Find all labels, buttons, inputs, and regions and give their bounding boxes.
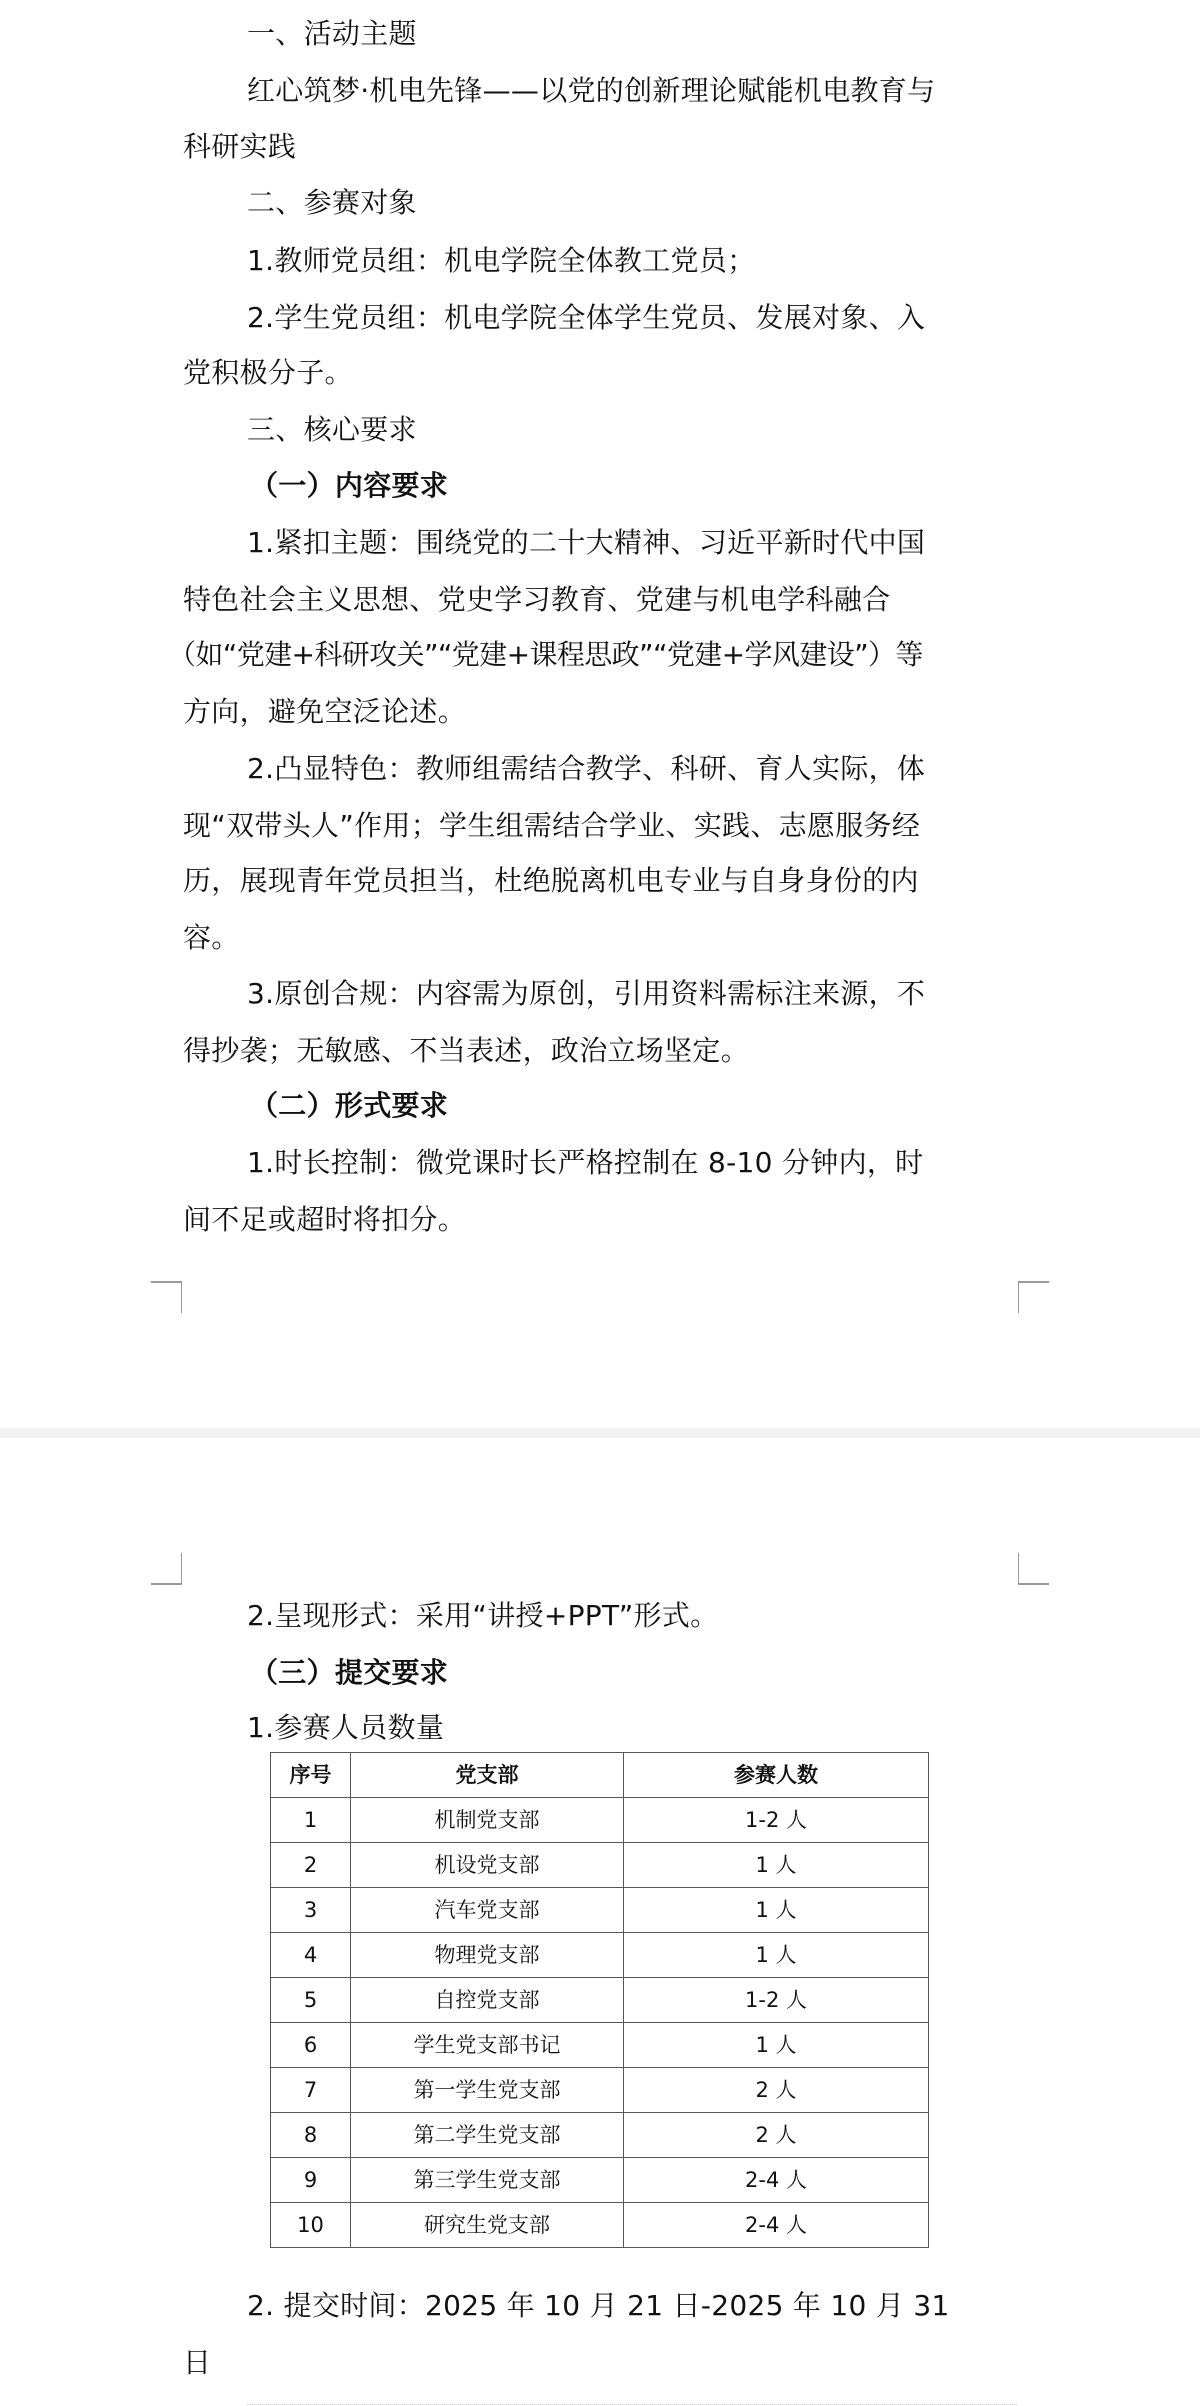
cell-branch: 研究生党支部 [351,2203,624,2248]
paragraph-line: （如“党建+科研攻关”“党建+课程思政”“党建+学风建设”）等 [168,638,1008,672]
cell-index: 2 [271,1843,351,1888]
page-corner-mark-bottom-right [1018,1281,1049,1313]
cut-off-next-line [247,2400,1017,2406]
cell-count: 1-2 人 [624,1978,929,2023]
table-row: 6学生党支部书记1 人 [271,2023,929,2068]
page-separator [0,1428,1200,1438]
section-heading-participants: 二、参赛对象 [247,186,1087,220]
header-count: 参赛人数 [624,1753,929,1798]
subheading-format: （二）形式要求 [250,1089,1090,1123]
table-row: 7第一学生党支部2 人 [271,2068,929,2113]
cell-count: 1 人 [624,1888,929,1933]
document-page-1: 一、活动主题 红心筑梦·机电先锋——以党的创新理论赋能机电教育与 科研实践 二、… [0,0,1200,1428]
cell-branch: 学生党支部书记 [351,2023,624,2068]
cell-branch: 物理党支部 [351,1933,624,1978]
paragraph-line: 容。 [183,921,1023,955]
header-index: 序号 [271,1753,351,1798]
paragraph-line: 2.凸显特色：教师组需结合教学、科研、育人实际，体 [247,752,1087,786]
table-caption: 1.参赛人员数量 [247,1711,1087,1745]
page-corner-mark-bottom-left [151,1281,182,1313]
cell-branch: 第一学生党支部 [351,2068,624,2113]
table-row: 10研究生党支部2-4 人 [271,2203,929,2248]
cell-count: 1 人 [624,1933,929,1978]
paragraph-line: 得抄袭；无敏感、不当表述，政治立场坚定。 [183,1034,1023,1068]
subheading-submission: （三）提交要求 [250,1656,1090,1690]
paragraph-line: 3.原创合规：内容需为原创，引用资料需标注来源，不 [247,977,1087,1011]
table-header-row: 序号 党支部 参赛人数 [271,1753,929,1798]
cell-index: 5 [271,1978,351,2023]
participants-table: 序号 党支部 参赛人数 1机制党支部1-2 人 2机设党支部1 人 3汽车党支部… [270,1752,929,2248]
cell-branch: 自控党支部 [351,1978,624,2023]
table-row: 4物理党支部1 人 [271,1933,929,1978]
cell-branch: 机设党支部 [351,1843,624,1888]
table-row: 3汽车党支部1 人 [271,1888,929,1933]
cell-count: 2-4 人 [624,2203,929,2248]
table-row: 9第三学生党支部2-4 人 [271,2158,929,2203]
paragraph-line: 方向，避免空泛论述。 [183,695,1023,729]
page-corner-mark-top-left [151,1553,182,1585]
cell-index: 6 [271,2023,351,2068]
page-corner-mark-top-right [1018,1553,1049,1585]
section-heading-requirements: 三、核心要求 [247,413,1087,447]
cell-index: 10 [271,2203,351,2248]
cell-count: 2 人 [624,2113,929,2158]
table-row: 5自控党支部1-2 人 [271,1978,929,2023]
paragraph-line: 特色社会主义思想、党史学习教育、党建与机电学科融合 [183,583,1023,617]
table-row: 1机制党支部1-2 人 [271,1798,929,1843]
paragraph-line: 现“双带头人”作用；学生组需结合学业、实践、志愿服务经 [183,809,1023,843]
paragraph-line: 1.时长控制：微党课时长严格控制在 8-10 分钟内，时 [247,1146,1087,1180]
paragraph-line: 党积极分子。 [183,356,1023,390]
cell-index: 3 [271,1888,351,1933]
cell-count: 2-4 人 [624,2158,929,2203]
cell-count: 1-2 人 [624,1798,929,1843]
cell-count: 1 人 [624,1843,929,1888]
paragraph-line: 2.呈现形式：采用“讲授+PPT”形式。 [247,1599,1087,1633]
paragraph-line: 历，展现青年党员担当，杜绝脱离机电专业与自身身份的内 [183,864,1023,898]
cell-branch: 第二学生党支部 [351,2113,624,2158]
cell-index: 9 [271,2158,351,2203]
section-heading-theme: 一、活动主题 [247,17,1087,51]
cell-index: 4 [271,1933,351,1978]
table-row: 8第二学生党支部2 人 [271,2113,929,2158]
paragraph-line: 科研实践 [183,130,1023,164]
paragraph-line-submission-time: 2. 提交时间：2025 年 10 月 21 日-2025 年 10 月 31 [247,2289,1087,2323]
paragraph-line: 日 [183,2346,1023,2380]
table-row: 2机设党支部1 人 [271,1843,929,1888]
cell-index: 7 [271,2068,351,2113]
cell-index: 1 [271,1798,351,1843]
paragraph-line: 红心筑梦·机电先锋——以党的创新理论赋能机电教育与 [247,74,1087,108]
paragraph-line: 2.学生党员组：机电学院全体学生党员、发展对象、入 [247,301,1087,335]
subheading-content: （一）内容要求 [250,469,1090,503]
paragraph-line: 1.紧扣主题：围绕党的二十大精神、习近平新时代中国 [247,526,1087,560]
cell-count: 2 人 [624,2068,929,2113]
paragraph-line: 间不足或超时将扣分。 [183,1203,1023,1237]
paragraph-line: 1.教师党员组：机电学院全体教工党员； [247,244,1087,278]
cell-branch: 机制党支部 [351,1798,624,1843]
cell-count: 1 人 [624,2023,929,2068]
header-branch: 党支部 [351,1753,624,1798]
cell-branch: 第三学生党支部 [351,2158,624,2203]
cell-index: 8 [271,2113,351,2158]
cell-branch: 汽车党支部 [351,1888,624,1933]
